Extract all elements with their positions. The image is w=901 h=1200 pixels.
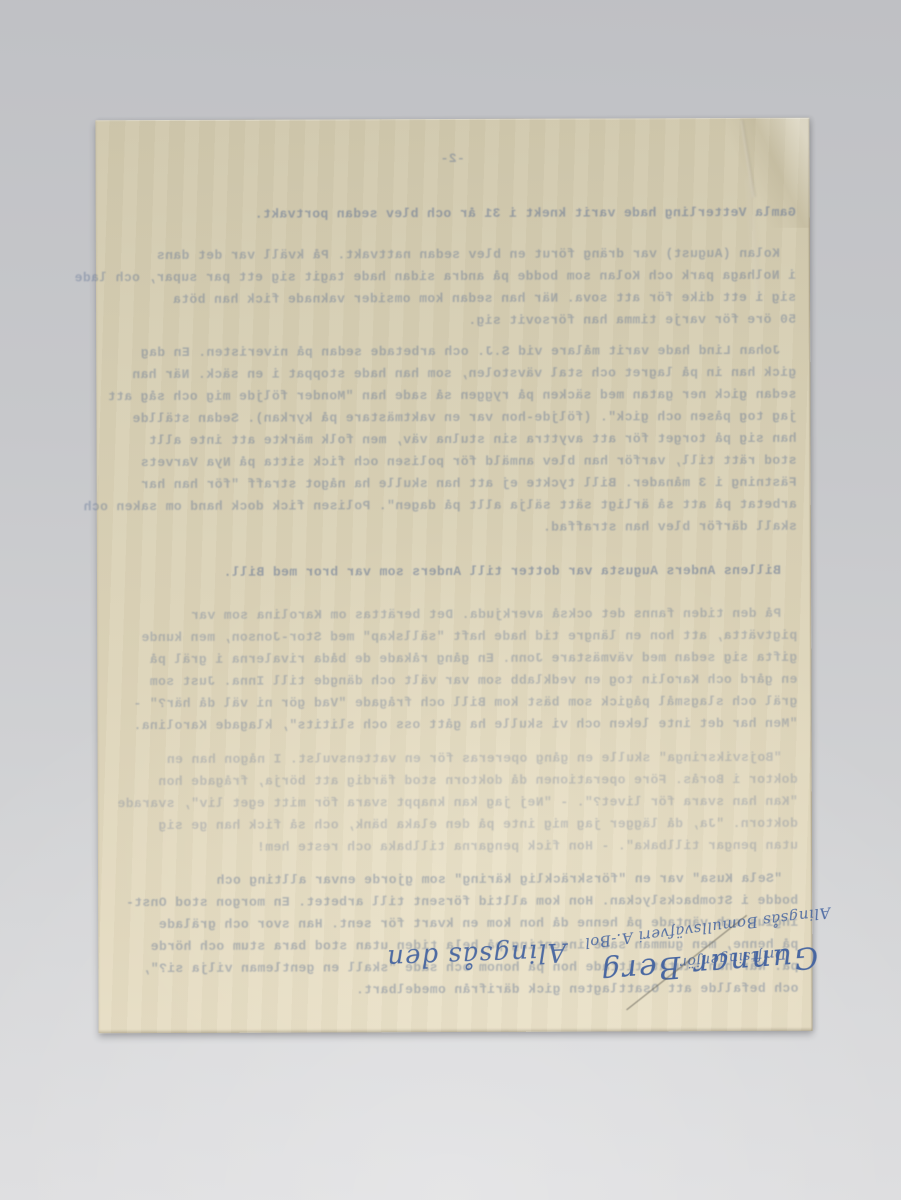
- text-line: han sig på torget för att avyttra sin st…: [110, 428, 796, 452]
- typed-bleedthrough-layer: -2- Gamla Vetterling hade varit knekt i …: [95, 118, 812, 1033]
- text-line: doktorn. "Ja, då lägger jag mig inte på …: [112, 813, 798, 837]
- text-line: jag tog påsen och gick". (följde-hon var…: [110, 406, 796, 430]
- text-line: arbetat på att så ärligt sätt sälja allt…: [111, 494, 797, 518]
- text-line: i Nolhaga park och Kolan som bodde på an…: [110, 265, 796, 289]
- text-line: Kolan (August) var dräng förut en blev s…: [110, 243, 796, 267]
- paragraph-4: Billens Anders Augusta var dotter till A…: [111, 560, 797, 584]
- paragraph-2: Kolan (August) var dräng förut en blev s…: [110, 243, 796, 333]
- text-line: 50 öre för varje timma han försovit sig.: [110, 309, 796, 333]
- text-line: "Men har det inte leken och vi skulle ha…: [111, 713, 797, 737]
- text-line: På den tiden fanns det också averkjuda. …: [111, 603, 797, 627]
- text-line: Fästning i 3 månader. Bill tyckte ej att…: [111, 472, 797, 496]
- text-line: en gård och Karolin tog en vedklabb som …: [111, 669, 797, 693]
- text-line: "Bojsviksringa" skulle en gång opereras …: [112, 747, 798, 771]
- letter-page-back: -2- Gamla Vetterling hade varit knekt i …: [95, 118, 812, 1033]
- text-line: stod rätt till, varför han blev anmäld f…: [111, 450, 797, 474]
- paragraph-1: Gamla Vetterling hade varit knekt i 31 å…: [110, 202, 796, 226]
- text-line: bodde i Stombackslyckan. Hon kom alltid …: [112, 890, 798, 914]
- photo-backdrop: -2- Gamla Vetterling hade varit knekt i …: [0, 0, 901, 1200]
- text-line: pigtvätta, att hon en längre tid hade ha…: [111, 625, 797, 649]
- text-line: gick han in på lagret och stal vävstolen…: [110, 362, 796, 386]
- text-line: "Kan han svara för livet?". - "Nej jag k…: [112, 791, 798, 815]
- text-line: Johan Lind hade varit målare vid S.J. oc…: [110, 340, 796, 364]
- paragraph-6: "Bojsviksringa" skulle en gång opereras …: [112, 747, 798, 859]
- text-line: doktor i Borås. Före operationen då dokt…: [112, 769, 798, 793]
- text-line: Billens Anders Augusta var dotter till A…: [111, 560, 797, 584]
- page-number: -2-: [110, 147, 796, 171]
- text-line: gifta sig sedan med vävmästare Jonn. En …: [111, 647, 797, 671]
- text-line: sig i ett dike för att sova. När han sed…: [110, 287, 796, 311]
- text-line: utan pengar tillbaka". - Hon fick pengar…: [112, 835, 798, 859]
- text-line: skall därför blev han straffad.: [111, 516, 797, 540]
- text-line: Gamla Vetterling hade varit knekt i 31 å…: [110, 202, 796, 226]
- text-line: sedan gick ner gatan med säcken på rygge…: [110, 384, 796, 408]
- paragraph-3: Johan Lind hade varit målare vid S.J. oc…: [110, 340, 797, 540]
- text-line: "Sela Kusa" var en "förskräcklig käring"…: [112, 868, 798, 892]
- text-line: gräl och slagsmål pågick som bäst kom Bi…: [111, 691, 797, 715]
- page-number-text: -2-: [110, 147, 796, 171]
- paragraph-5: På den tiden fanns det också averkjuda. …: [111, 603, 797, 737]
